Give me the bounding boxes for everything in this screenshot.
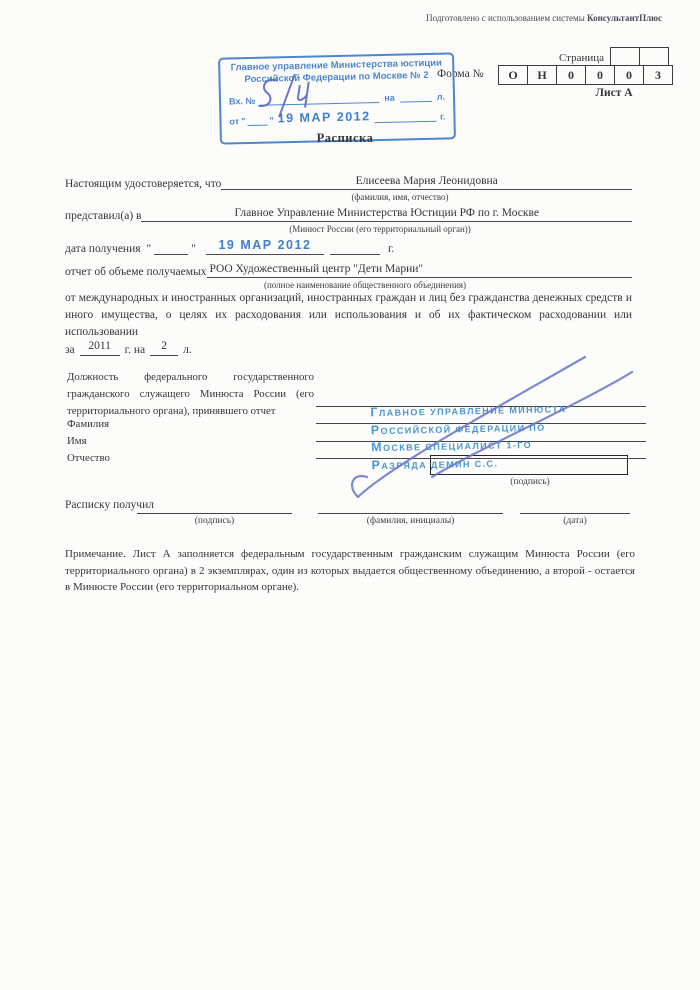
certify-caption: (фамилия, имя, отчество) — [240, 192, 560, 202]
for-sheets-field: 2 — [150, 340, 178, 356]
entry-stamp-na-label: на — [384, 93, 395, 103]
date-received-row: дата получения " " 19 МАР 2012 г. — [65, 238, 632, 255]
handwritten-inbox-number — [252, 73, 317, 118]
for-year-row: за 2011 г. на 2 л. — [65, 340, 192, 356]
submitted-label: представил(а) в — [65, 210, 141, 222]
form-code-cell: 0 — [614, 65, 644, 85]
report-field: РОО Художественный центр "Дети Марии" — [207, 262, 633, 278]
for-end-label: л. — [183, 344, 192, 356]
form-code-cell: О — [498, 65, 528, 85]
report-label: отчет об объеме получаемых — [65, 266, 207, 278]
watermark-prefix: Подготовлено с использованием системы — [426, 13, 585, 23]
date-close-quote: " — [191, 243, 196, 255]
official-patronymic-label: Отчество — [67, 452, 110, 464]
sheets-count-line — [400, 90, 432, 103]
watermark: Подготовлено с использованием системы Ко… — [426, 13, 662, 23]
receipt-date-line — [520, 513, 630, 514]
day-blank-line — [154, 240, 188, 255]
certify-label: Настоящим удостоверяется, что — [65, 178, 221, 190]
submitted-row: представил(а) в Главное Управление Минис… — [65, 206, 632, 222]
scanned-receipt-document: Подготовлено с использованием системы Ко… — [0, 0, 700, 990]
sheet-label: Лист А — [560, 87, 668, 99]
submitted-field: Главное Управление Министерства Юстиции … — [141, 206, 632, 222]
date-open-quote: " — [147, 243, 152, 255]
receipt-received-label: Расписку получил — [65, 499, 154, 511]
for-label: за — [65, 344, 75, 356]
entry-stamp-inbox-label: Вх. № — [229, 96, 256, 107]
official-position-label: Должность федерального государственного … — [67, 369, 314, 420]
entry-stamp-sheets-label: л. — [437, 92, 445, 102]
received-date-stamp: 19 МАР 2012 — [206, 238, 324, 255]
document-title: Расписка — [0, 131, 690, 146]
date-label: дата получения — [65, 243, 141, 255]
entry-stamp-year-label: г. — [440, 112, 446, 122]
report-caption: (полное наименование общественного объед… — [205, 280, 525, 290]
receipt-signature-line — [137, 513, 292, 514]
handwritten-signature — [330, 348, 650, 498]
page-cell-empty — [610, 47, 640, 67]
receipt-signature-caption: (подпись) — [137, 516, 292, 526]
certify-row: Настоящим удостоверяется, что Елисеева М… — [65, 174, 632, 190]
official-surname-label: Фамилия — [67, 418, 109, 430]
receipt-date-caption: (дата) — [520, 516, 630, 526]
form-code-cell: 0 — [556, 65, 586, 85]
form-code-cell: 0 — [585, 65, 615, 85]
form-code-cell: Н — [527, 65, 557, 85]
official-firstname-label: Имя — [67, 435, 87, 447]
page-cell-empty — [639, 47, 669, 67]
year-blank-line — [330, 240, 380, 255]
submitted-caption: (Минюст России (его территориальный орга… — [200, 224, 560, 234]
year-line — [374, 110, 436, 123]
certify-field: Елисеева Мария Леонидовна — [221, 174, 632, 190]
for-year-field: 2011 — [80, 340, 120, 356]
open-quote: " — [241, 116, 246, 126]
entry-stamp-from-label: от — [229, 116, 239, 126]
report-row: отчет об объеме получаемых РОО Художеств… — [65, 262, 632, 278]
form-code-cell: 3 — [643, 65, 673, 85]
page-number-cells — [610, 47, 669, 67]
report-paragraph: от международных и иностранных организац… — [65, 290, 632, 341]
note-paragraph: Примечание. Лист А заполняется федеральн… — [65, 546, 635, 596]
for-mid-label: г. на — [125, 344, 145, 356]
page-label: Страница — [498, 52, 604, 64]
receipt-name-line — [318, 513, 503, 514]
receipt-name-caption: (фамилия, инициалы) — [318, 516, 503, 526]
form-code-cells: О Н 0 0 0 3 — [498, 65, 673, 85]
date-year-label: г. — [388, 243, 394, 255]
watermark-brand: КонсультантПлюс — [587, 13, 662, 23]
